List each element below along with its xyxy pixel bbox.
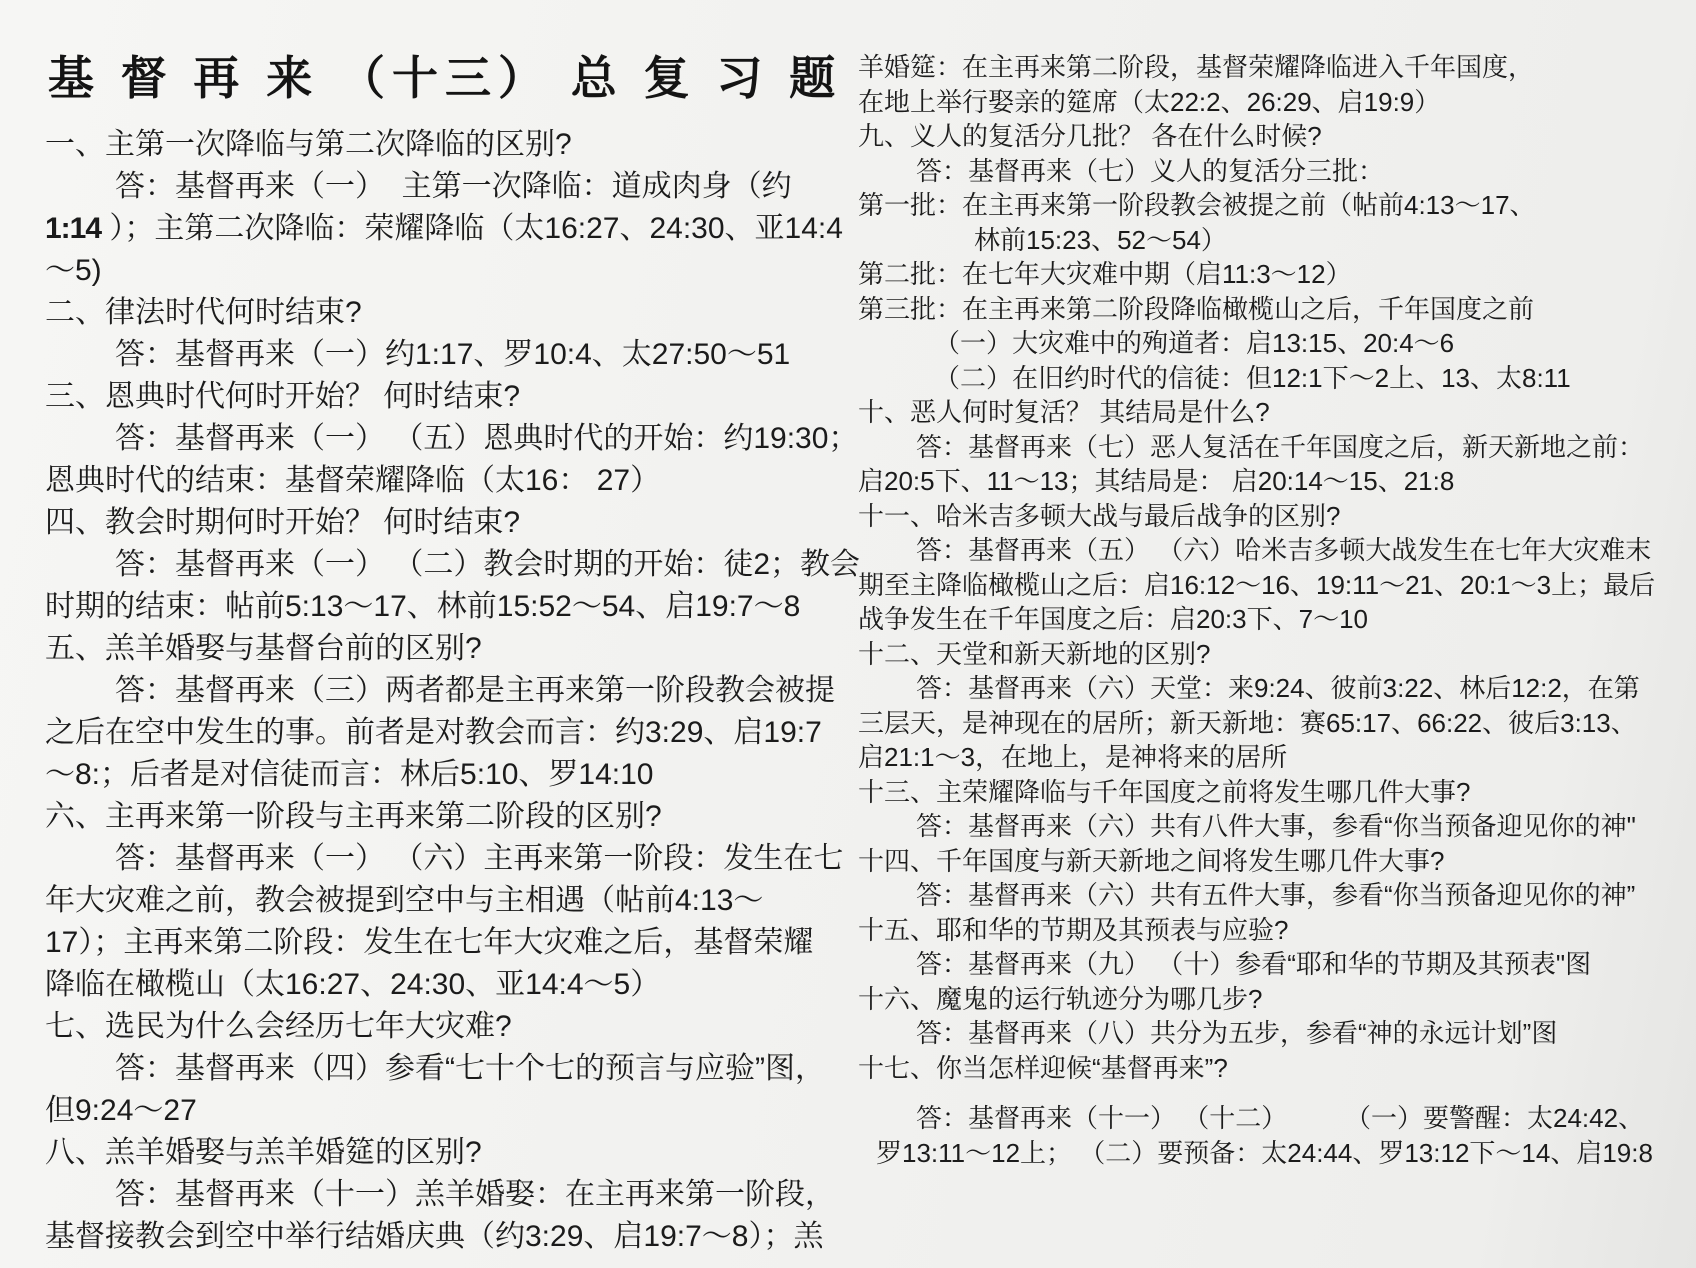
text-line: 启20:5下、11～13；其结局是： 启20:14～15、21:8 (858, 464, 1668, 499)
text-line: 降临在橄榄山（太16:27、24:30、亚14:4～5） (45, 964, 845, 1006)
text-line: （二）在旧约时代的信徒：但12:1下～2上、13、太8:11 (858, 361, 1668, 396)
text-line: 六、主再来第一阶段与主再来第二阶段的区别? (45, 796, 845, 838)
text-line: 答：基督再来（五） （六）哈米吉多顿大战发生在七年大灾难末 (858, 533, 1668, 568)
left-column-text: 一、主第一次降临与第二次降临的区别?答：基督再来（一） 主第一次降临：道成肉身（… (45, 124, 845, 1258)
text-line: 七、选民为什么会经历七年大灾难? (45, 1006, 845, 1048)
text-line: 但9:24～27 (45, 1090, 845, 1132)
text-line: 林前15:23、52～54） (858, 223, 1668, 258)
text-line: 答：基督再来（一）约1:17、罗10:4、太27:50～51 (45, 334, 845, 376)
right-column-text: 羊婚筵：在主再来第二阶段，基督荣耀降临进入千年国度，在地上举行娶亲的筵席（太22… (858, 50, 1668, 1170)
text-line: 九、义人的复活分几批？ 各在什么时候? (858, 119, 1668, 154)
text-line: 十七、你当怎样迎候“基督再来”? (858, 1051, 1668, 1086)
text-line: 十六、魔鬼的运行轨迹分为哪几步? (858, 982, 1668, 1017)
text-line: 十一、哈米吉多顿大战与最后战争的区别? (858, 499, 1668, 534)
text-line: 十四、千年国度与新天新地之间将发生哪几件大事? (858, 844, 1668, 879)
text-line: 时期的结束：帖前5:13～17、林前15:52～54、启19:7～8 (45, 586, 845, 628)
document-page: 基 督 再 来 （十三） 总 复 习 题 一、主第一次降临与第二次降临的区别?答… (0, 0, 1696, 1268)
text-line: ～5) (45, 250, 845, 292)
text-line: 二、律法时代何时结束? (45, 292, 845, 334)
text-line: 答：基督再来（一） （六）主再来第一阶段：发生在七 (45, 838, 845, 880)
text-line: 第三批：在主再来第二阶段降临橄榄山之后，千年国度之前 (858, 292, 1668, 327)
text-line: 答：基督再来（六）共有八件大事，参看“你当预备迎见你的神" (858, 809, 1668, 844)
text-line: 十三、主荣耀降临与千年国度之前将发生哪几件大事? (858, 775, 1668, 810)
text-line: 十五、耶和华的节期及其预表与应验? (858, 913, 1668, 948)
text-line: 之后在空中发生的事。前者是对教会而言：约3:29、启19:7 (45, 712, 845, 754)
text-line: 第一批：在主再来第一阶段教会被提之前（帖前4:13～17、 (858, 188, 1668, 223)
text-line: 十、恶人何时复活？ 其结局是什么? (858, 395, 1668, 430)
text-line: 十二、天堂和新天新地的区别? (858, 637, 1668, 672)
text-line: 答：基督再来（十一） （十二） （一）要警醒：太24:42、 (858, 1101, 1668, 1136)
text-line: 羊婚筵：在主再来第二阶段，基督荣耀降临进入千年国度， (858, 50, 1668, 85)
text-line: 三、恩典时代何时开始？ 何时结束? (45, 376, 845, 418)
text-line: 第二批：在七年大灾难中期（启11:3～12） (858, 257, 1668, 292)
text-line: 答：基督再来（六）共有五件大事，参看“你当预备迎见你的神” (858, 878, 1668, 913)
text-line: 三层天，是神现在的居所；新天新地：赛65:17、66:22、彼后3:13、 (858, 706, 1668, 741)
text-line: 在地上举行娶亲的筵席（太22:2、26:29、启19:9） (858, 85, 1668, 120)
text-line: 答：基督再来（十一）羔羊婚娶：在主再来第一阶段， (45, 1174, 845, 1216)
text-line: 答：基督再来（三）两者都是主再来第一阶段教会被提 (45, 670, 845, 712)
text-line: 答：基督再来（四）参看“七十个七的预言与应验”图， (45, 1048, 845, 1090)
text-line: 战争发生在千年国度之后：启20:3下、7～10 (858, 602, 1668, 637)
text-line: （一）大灾难中的殉道者：启13:15、20:4～6 (858, 326, 1668, 361)
text-line: 五、羔羊婚娶与基督台前的区别? (45, 628, 845, 670)
text-line: 答：基督再来（七）义人的复活分三批： (858, 154, 1668, 189)
text-line: 答：基督再来（七）恶人复活在千年国度之后，新天新地之前： (858, 430, 1668, 465)
text-line: 17）；主再来第二阶段：发生在七年大灾难之后，基督荣耀 (45, 922, 845, 964)
text-line: ～8:；后者是对信徒而言：林后5:10、罗14:10 (45, 754, 845, 796)
text-line: 答：基督再来（六）天堂：来9:24、彼前3:22、林后12:2，在第 (858, 671, 1668, 706)
text-line: 答：基督再来（一） （二）教会时期的开始：徒2；教会 (45, 544, 845, 586)
text-line: 期至主降临橄榄山之后：启16:12～16、19:11～21、20:1～3上；最后 (858, 568, 1668, 603)
text-line: 四、教会时期何时开始？ 何时结束? (45, 502, 845, 544)
text-line: 1:14 ）；主第二次降临：荣耀降临（太16:27、24:30、亚14:4 (45, 208, 845, 250)
right-column: 羊婚筵：在主再来第二阶段，基督荣耀降临进入千年国度，在地上举行娶亲的筵席（太22… (858, 0, 1668, 1170)
text-line: 答：基督再来（一） 主第一次降临：道成肉身（约 (45, 166, 845, 208)
text-line: 答：基督再来（一） （五）恩典时代的开始：约19:30； (45, 418, 845, 460)
text-line: 罗13:11～12上； （二）要预备：太24:44、罗13:12下～14、启19… (858, 1136, 1668, 1171)
text-line: 恩典时代的结束：基督荣耀降临（太16： 27） (45, 460, 845, 502)
bold-scripture-reference: 1:14 (45, 212, 101, 245)
left-column: 基 督 再 来 （十三） 总 复 习 题 一、主第一次降临与第二次降临的区别?答… (45, 0, 845, 1258)
text-line: 八、羔羊婚娶与羔羊婚筵的区别? (45, 1132, 845, 1174)
page-title: 基 督 再 来 （十三） 总 复 习 题 (45, 42, 845, 108)
text-line: 答：基督再来（八）共分为五步，参看“神的永远计划”图 (858, 1016, 1668, 1051)
text-line: 一、主第一次降临与第二次降临的区别? (45, 124, 845, 166)
text-line: 答：基督再来（九） （十）参看“耶和华的节期及其预表"图 (858, 947, 1668, 982)
text-line: 基督接教会到空中举行结婚庆典（约3:29、启19:7～8）；羔 (45, 1216, 845, 1258)
text-line: 启21:1～3，在地上，是神将来的居所 (858, 740, 1668, 775)
text-line: 年大灾难之前，教会被提到空中与主相遇（帖前4:13～ (45, 880, 845, 922)
